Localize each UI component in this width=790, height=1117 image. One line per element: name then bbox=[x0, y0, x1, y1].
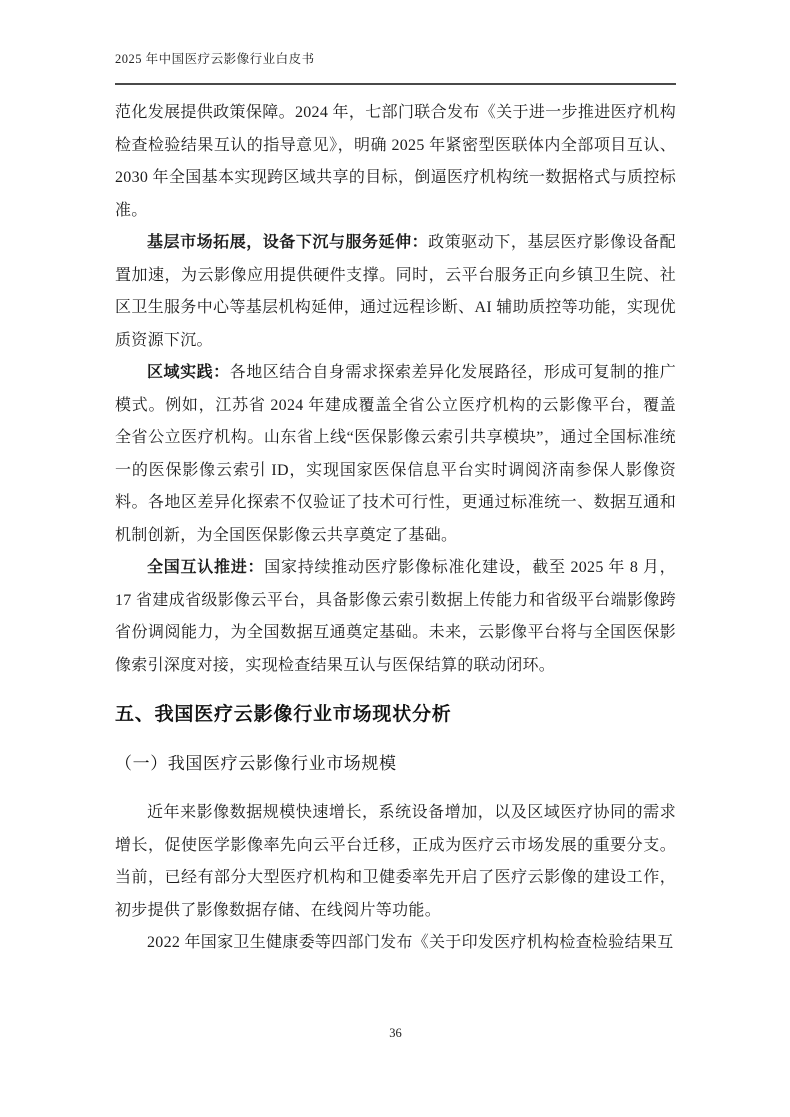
paragraph-regional-practice: 区域实践：各地区结合自身需求探索差异化发展路径，形成可复制的推广模式。例如，江苏… bbox=[115, 357, 676, 552]
paragraph-text: 各地区结合自身需求探索差异化发展路径，形成可复制的推广模式。例如，江苏省 202… bbox=[115, 364, 676, 544]
document-body: 范化发展提供政策保障。2024 年，七部门联合发布《关于进一步推进医疗机构检查检… bbox=[115, 97, 676, 960]
paragraph-lead: 区域实践： bbox=[147, 364, 230, 381]
subsection-heading-5-1: （一）我国医疗云影像行业市场规模 bbox=[115, 750, 676, 777]
page-number: 36 bbox=[115, 1026, 676, 1041]
paragraph-text: 政策驱动下，基层医疗影像设备配置加速，为云影像应用提供硬件支撑。同时，云平台服务… bbox=[115, 234, 676, 349]
section-heading-5: 五、我国医疗云影像行业市场现状分析 bbox=[115, 701, 676, 728]
page-header-title: 2025 年中国医疗云影像行业白皮书 bbox=[115, 49, 676, 67]
paragraph-2022-policy: 2022 年国家卫生健康委等四部门发布《关于印发医疗机构检查检验结果互 bbox=[115, 927, 676, 960]
header-divider bbox=[115, 83, 676, 85]
paragraph-lead: 全国互认推进： bbox=[147, 559, 264, 576]
paragraph-lead: 基层市场拓展，设备下沉与服务延伸： bbox=[147, 234, 428, 251]
paragraph-policy-guarantee: 范化发展提供政策保障。2024 年，七部门联合发布《关于进一步推进医疗机构检查检… bbox=[115, 97, 676, 227]
paragraph-text: 国家持续推动医疗影像标准化建设，截至 2025 年 8 月，17 省建成省级影像… bbox=[115, 559, 676, 674]
paragraph-market-scale: 近年来影像数据规模快速增长，系统设备增加，以及区域医疗协同的需求增长，促使医学影… bbox=[115, 797, 676, 927]
document-page: 2025 年中国医疗云影像行业白皮书 范化发展提供政策保障。2024 年，七部门… bbox=[0, 0, 790, 1117]
paragraph-national-recognition: 全国互认推进：国家持续推动医疗影像标准化建设，截至 2025 年 8 月，17 … bbox=[115, 552, 676, 682]
paragraph-grassroots-market: 基层市场拓展，设备下沉与服务延伸：政策驱动下，基层医疗影像设备配置加速，为云影像… bbox=[115, 227, 676, 357]
